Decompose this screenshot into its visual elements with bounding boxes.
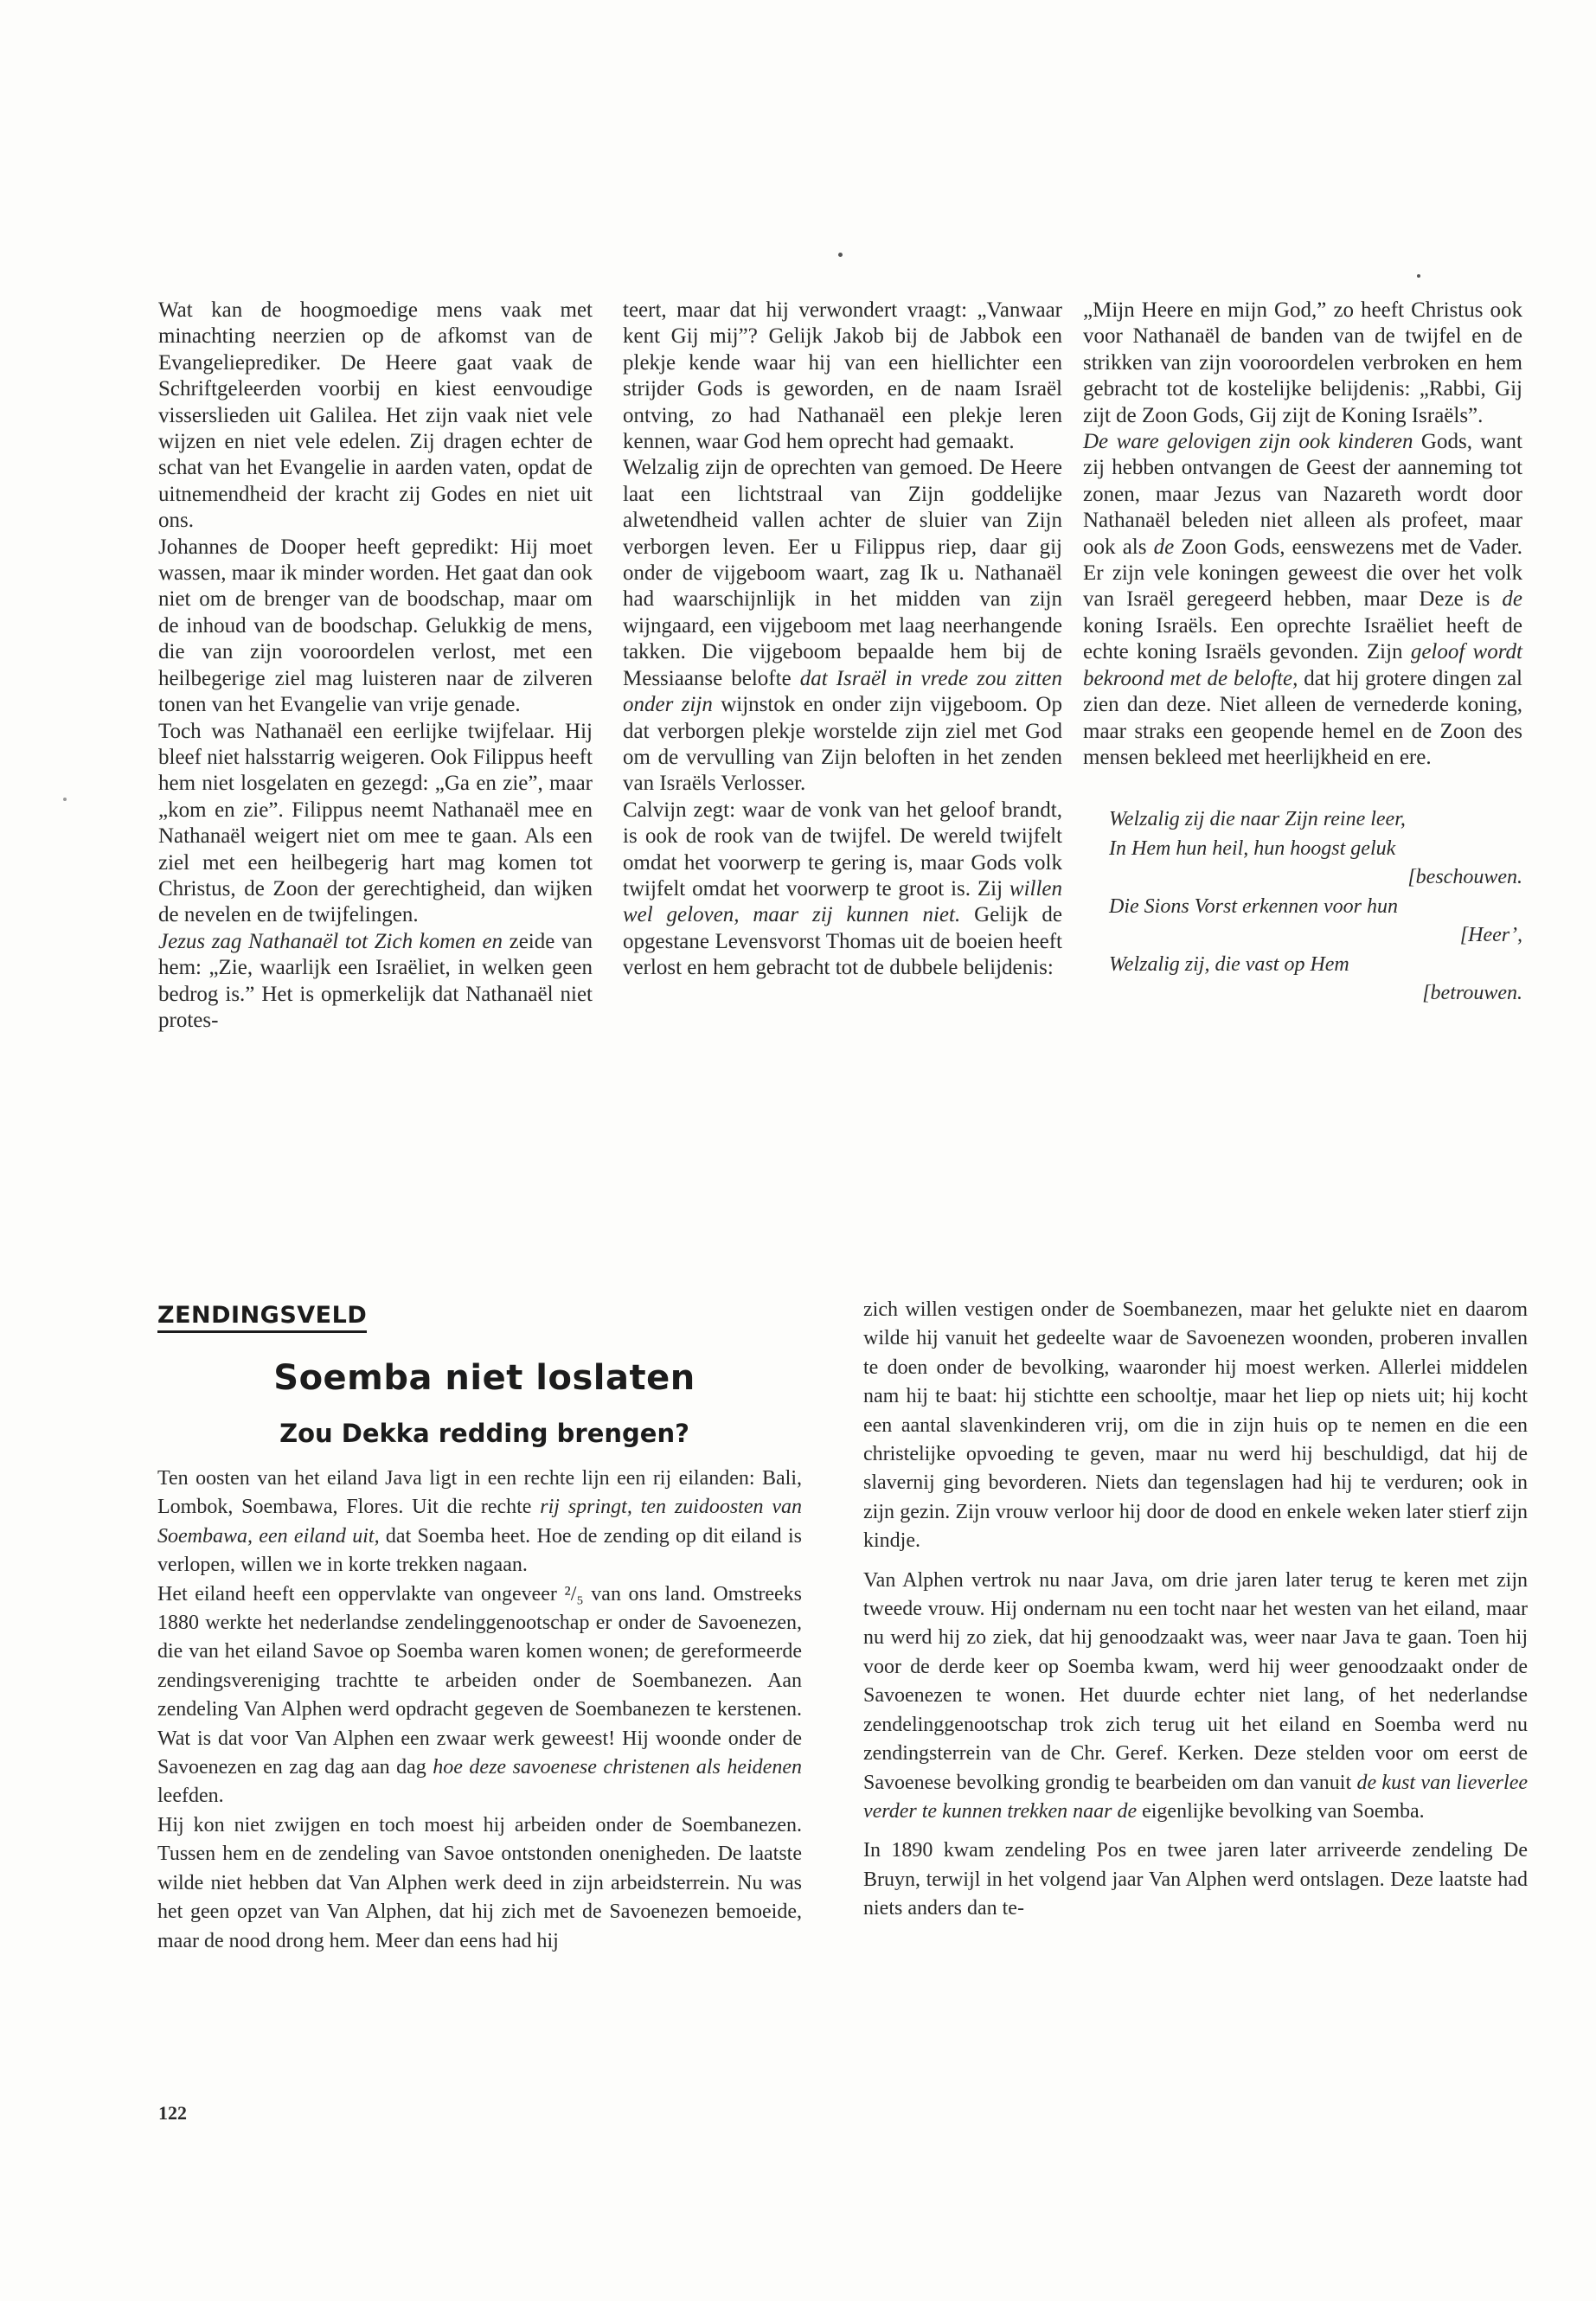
text: Calvijn zegt: waar de vonk van het geloo… <box>623 798 1062 901</box>
poem-line-continuation: [betrouwen. <box>1109 979 1522 1009</box>
paragraph: Welzalig zijn de oprechten van gemoed. D… <box>623 455 1062 797</box>
paragraph: Het eiland heeft een oppervlakte van ong… <box>157 1580 802 1811</box>
paragraph: In 1890 kwam zendeling Pos en twee jaren… <box>863 1836 1528 1923</box>
paragraph: Jezus zag Nathanaël tot Zich komen en ze… <box>158 929 593 1035</box>
text: Het eiland heeft een oppervlakte van ong… <box>157 1583 565 1606</box>
print-speck <box>1417 274 1420 278</box>
italic-text: de <box>1502 587 1522 611</box>
text: leefden. <box>157 1785 224 1807</box>
poem-line: In Hem hun heil, hun hoogst geluk <box>1109 835 1522 864</box>
lower-column-right: zich willen vestigen onder de Soembaneze… <box>863 1296 1528 1924</box>
italic-text: hoe deze savoenese christenen als heiden… <box>433 1756 802 1779</box>
paragraph: Wat kan de hoogmoedige mens vaak met min… <box>158 298 593 535</box>
page-number: 122 <box>158 2102 187 2125</box>
upper-column-2: teert, maar dat hij verwondert vraagt: „… <box>623 298 1062 982</box>
paragraph: zich willen vestigen onder de Soembaneze… <box>863 1296 1528 1556</box>
upper-column-1: Wat kan de hoogmoedige mens vaak met min… <box>158 298 593 1034</box>
poem-line-continuation: [Heer’, <box>1109 921 1522 951</box>
paragraph: De ware gelovigen zijn ook kinderen Gods… <box>1083 429 1522 771</box>
text: van ons land. Omstreeks 1880 werkte het … <box>157 1583 802 1779</box>
poem-line: Welzalig zij die naar Zijn reine leer, <box>1109 805 1522 835</box>
poem-line-continuation: [beschouwen. <box>1109 863 1522 893</box>
print-speck <box>63 798 67 801</box>
text: Van Alphen vertrok nu naar Java, om drie… <box>863 1569 1528 1794</box>
fraction: ²/₅ <box>565 1583 584 1606</box>
poem-stanza: Welzalig zij die naar Zijn reine leer, I… <box>1109 805 1522 1009</box>
article-subtitle: Zou Dekka redding brengen? <box>147 1419 822 1448</box>
lower-column-left: Ten oosten van het eiland Java ligt in e… <box>157 1465 802 1956</box>
italic-text: Jezus zag Nathanaël tot Zich komen en <box>158 930 503 953</box>
text: Welzalig zijn de oprechten van gemoed. D… <box>623 456 1062 689</box>
article-title: Soemba niet loslaten <box>147 1358 822 1398</box>
poem-line: Die Sions Vorst erkennen voor hun <box>1109 893 1522 922</box>
paragraph: Toch was Nathanaël een eerlijke twijfela… <box>158 719 593 929</box>
paragraph: teert, maar dat hij verwondert vraagt: „… <box>623 298 1062 455</box>
text: eigenlijke bevolking van Soemba. <box>1137 1800 1425 1823</box>
paragraph: Hij kon niet zwijgen en toch moest hij a… <box>157 1811 802 1956</box>
italic-text: De ware gelovigen zijn ook kinderen <box>1083 430 1413 453</box>
upper-column-3: „Mijn Heere en mijn God,” zo heeft Chris… <box>1083 298 1522 1009</box>
print-speck <box>838 253 843 257</box>
paragraph: Johannes de Dooper heeft gepredikt: Hij … <box>158 535 593 719</box>
paragraph: Calvijn zegt: waar de vonk van het geloo… <box>623 798 1062 982</box>
paragraph: Ten oosten van het eiland Java ligt in e… <box>157 1465 802 1580</box>
paragraph: „Mijn Heere en mijn God,” zo heeft Chris… <box>1083 298 1522 429</box>
poem-line: Welzalig zij, die vast op Hem <box>1109 951 1522 980</box>
italic-text: de <box>1154 535 1175 559</box>
section-label: ZENDINGSVELD <box>157 1302 367 1333</box>
paragraph: Van Alphen vertrok nu naar Java, om drie… <box>863 1567 1528 1827</box>
